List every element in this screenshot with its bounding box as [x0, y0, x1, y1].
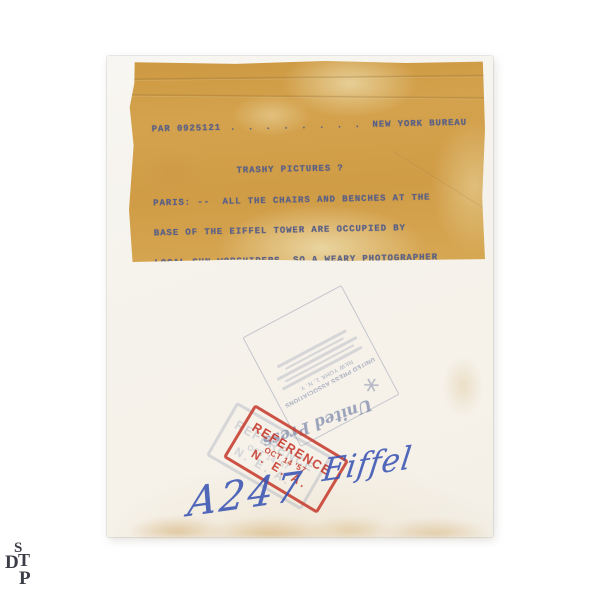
caption-body-line: PARIS: -- ALL THE CHAIRS AND BENCHES AT … — [153, 192, 471, 209]
photo-back-paper: PAR 0925121 . . . . . . . . NEW YORK BUR… — [107, 56, 493, 537]
paper-stain — [443, 356, 483, 416]
caption-sheet: PAR 0925121 . . . . . . . . NEW YORK BUR… — [129, 61, 485, 262]
caption-dots: . . . . . . . . — [230, 120, 364, 133]
caption-title: TRASHY PICTURES ? — [153, 161, 471, 178]
logo-letter: P — [19, 569, 31, 588]
caption-body-line: HAS TO DEPOSIT HIMSELF IN A TRASH BASKET… — [155, 282, 473, 299]
bottom-edge-stain — [107, 491, 493, 537]
caption-bureau: NEW YORK BUREAU — [372, 118, 467, 130]
caption-body-line: BASE OF THE EIFFEL TOWER ARE OCCUPIED BY — [154, 222, 472, 239]
logo-letter: T — [18, 551, 30, 569]
sdtp-watermark-logo: S D T P — [5, 540, 39, 588]
caption-header: PAR 0925121 . . . . . . . . NEW YORK BUR… — [152, 118, 470, 135]
asterisk-mark: * — [355, 363, 382, 397]
caption-slug: PAR 0925121 — [152, 123, 222, 134]
caption-body-line: LOCAL SUN-WORSHIPERS, SO A WEARY PHOTOGR… — [154, 252, 472, 269]
paper-crease — [129, 74, 485, 81]
handwritten-word: Eiffel — [321, 440, 415, 490]
logo-letter: D — [5, 553, 19, 572]
press-photo-scan: PAR 0925121 . . . . . . . . NEW YORK BUR… — [0, 0, 600, 600]
